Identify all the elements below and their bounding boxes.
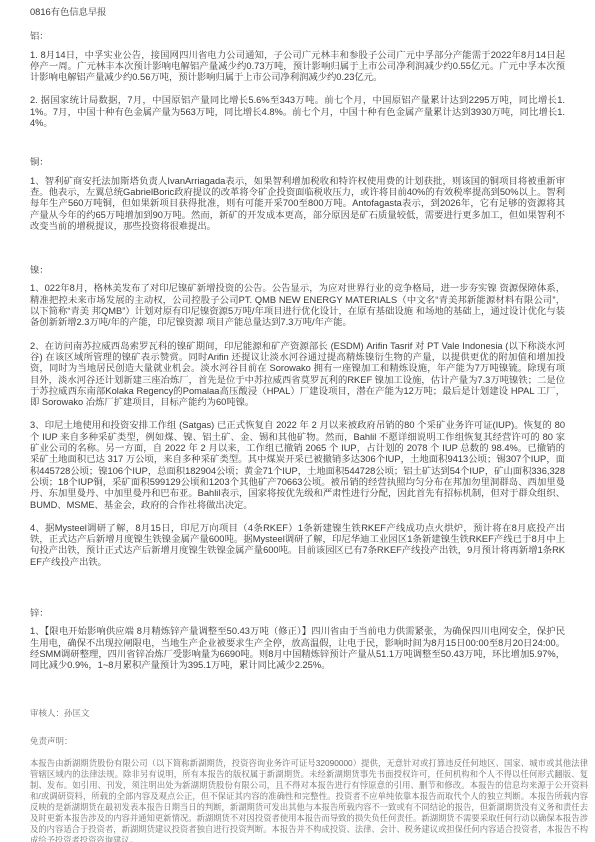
section-copper: 铜： 1、智利矿商安托法加斯塔负责人IvanArriagada表示，如果智利增加… — [30, 157, 565, 232]
aluminum-paragraph-2: 2. 据国家统计局数据，7月，中国原铝产量同比增长5.6%至343万吨。前七个月… — [30, 95, 565, 129]
report-page: 0816有色信息早报 铝： 1. 8月14日，中孚实业公告，接国网四川省电力公司… — [0, 0, 595, 842]
aluminum-paragraph-1: 1. 8月14日，中孚实业公告，接国网四川省电力公司通知，子公司广元林丰和参股子… — [30, 50, 565, 84]
disclaimer-text: 本报告由新湖期货股份有限公司（以下简称新湖期货，投资咨询业务许可证号320900… — [30, 758, 588, 842]
reviewer-line: 审核人：孙匡文 — [30, 708, 565, 719]
section-header-copper: 铜： — [30, 157, 565, 168]
section-header-zinc: 锌： — [30, 608, 565, 619]
section-header-aluminum: 铝： — [30, 31, 565, 42]
page-title: 0816有色信息早报 — [30, 7, 565, 18]
nickel-paragraph-2: 2、在访问南苏拉威西岛索罗瓦科的镍矿期间，印尼能源和矿产资源部长 (ESDM) … — [30, 341, 565, 409]
nickel-paragraph-3: 3、印尼土地使用和投资安排工作组 (Satgas) 已正式恢复自 2022 年 … — [30, 420, 565, 510]
nickel-paragraph-1: 1、022年8月，格林美发布了对印尼镍矿新增投资的公告。公告显示，为应对世界行业… — [30, 283, 565, 328]
section-zinc: 锌： 1、【限电开始影响供应端 8月精炼锌产量调整至50.43万吨（修正）】四川… — [30, 608, 565, 671]
report-footer: 审核人：孙匡文 免责声明： 本报告由新湖期货股份有限公司（以下简称新湖期货，投资… — [30, 708, 565, 842]
zinc-paragraph-1: 1、【限电开始影响供应端 8月精炼锌产量调整至50.43万吨（修正）】四川省由于… — [30, 626, 565, 671]
section-header-nickel: 镍： — [30, 265, 565, 276]
disclaimer-title: 免责声明： — [30, 736, 565, 747]
nickel-paragraph-4: 4、据Mysteel调研了解，8月15日，印尼万向项目（4条RKEF）1条新建镍… — [30, 523, 565, 568]
copper-paragraph-1: 1、智利矿商安托法加斯塔负责人IvanArriagada表示，如果智利增加税收和… — [30, 176, 565, 232]
section-aluminum: 铝： 1. 8月14日，中孚实业公告，接国网四川省电力公司通知，子公司广元林丰和… — [30, 31, 565, 129]
section-nickel: 镍： 1、022年8月，格林美发布了对印尼镍矿新增投资的公告。公告显示，为应对世… — [30, 265, 565, 568]
